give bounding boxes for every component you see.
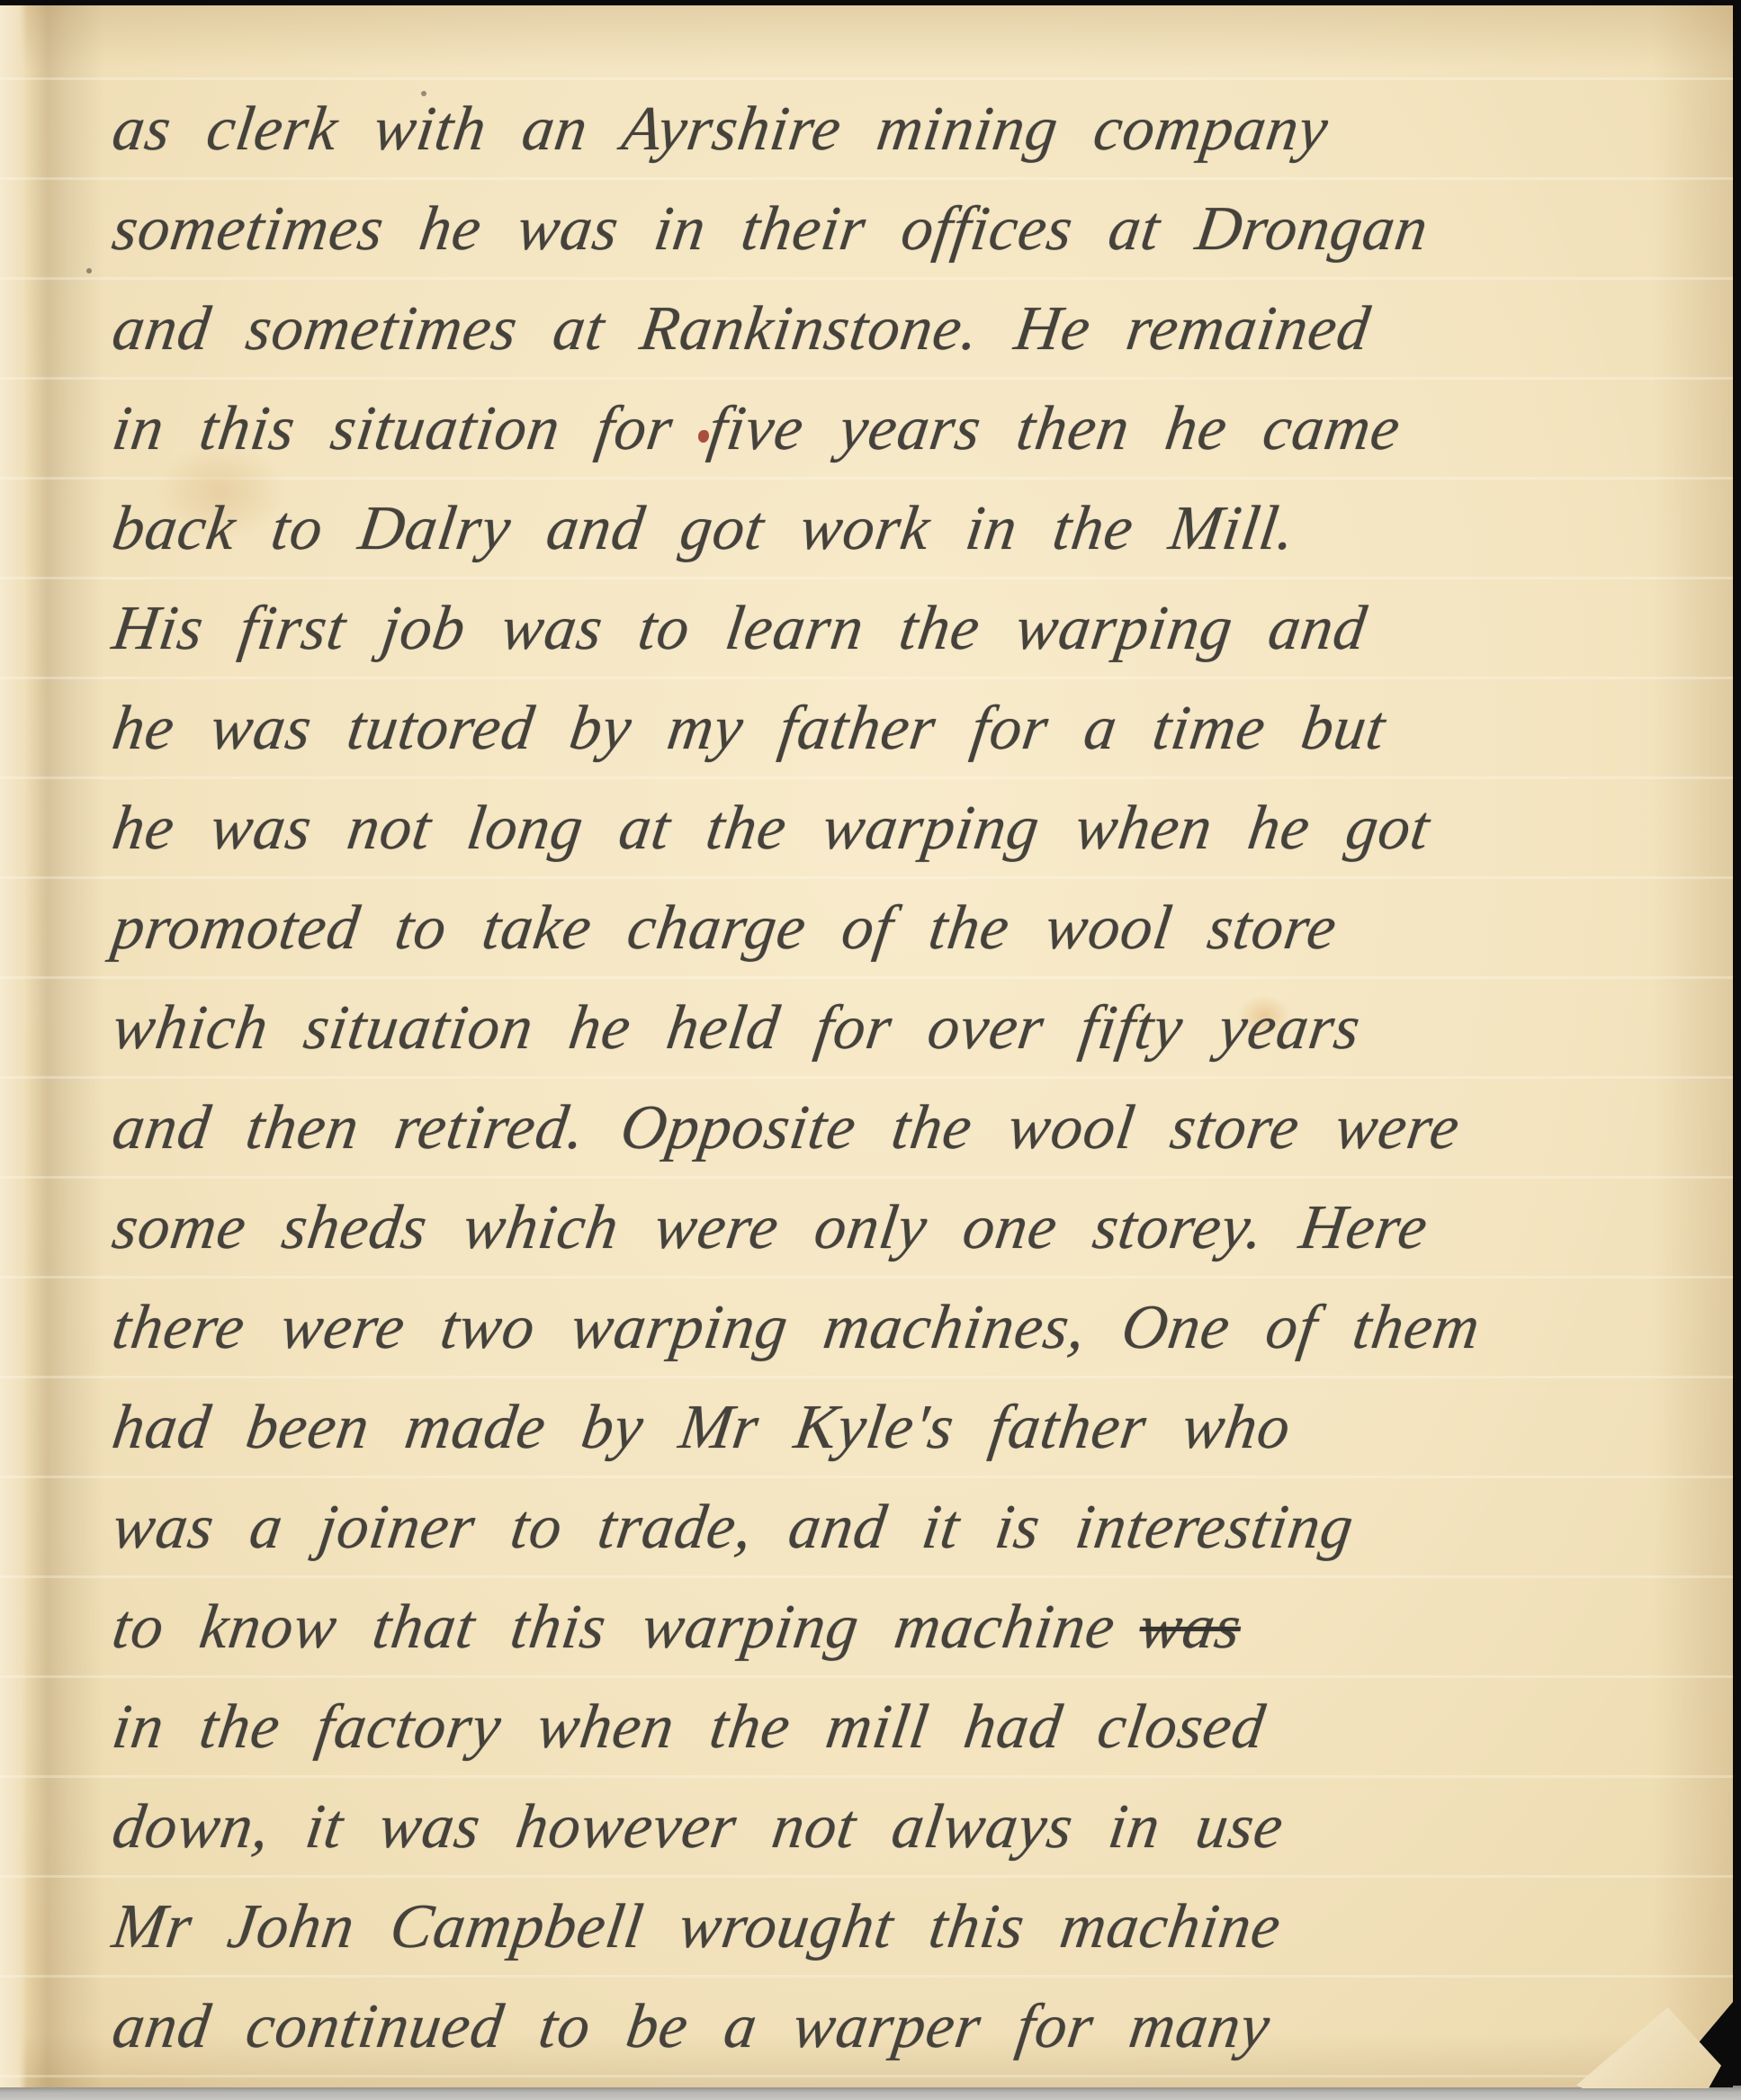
handwritten-line-10: which situation he held for over fifty y… xyxy=(106,978,1693,1078)
handwritten-line-20: and continued to be a warper for many xyxy=(106,1977,1693,2077)
handwritten-line-04: in this situation for five years then he… xyxy=(106,379,1693,479)
handwritten-line-13: there were two warping machines, One of … xyxy=(106,1278,1693,1378)
handwritten-line-03: and sometimes at Rankinstone. He remaine… xyxy=(106,279,1693,379)
handwritten-line-11: and then retired. Opposite the wool stor… xyxy=(106,1078,1693,1178)
handwritten-line-02: sometimes he was in their offices at Dro… xyxy=(106,179,1693,279)
struck-through-word: was xyxy=(1135,1593,1246,1662)
handwritten-line-06: His first job was to learn the warping a… xyxy=(106,579,1693,678)
binding-crease xyxy=(23,5,104,2087)
handwritten-line-09: promoted to take charge of the wool stor… xyxy=(106,878,1693,978)
notebook-page: as clerk with an Ayrshire mining company… xyxy=(0,5,1733,2087)
paper-speck xyxy=(86,268,92,274)
handwritten-line-08: he was not long at the warping when he g… xyxy=(106,778,1693,878)
handwritten-line-14: had been made by Mr Kyle's father who xyxy=(106,1378,1693,1477)
handwritten-line-18: down, it was however not always in use xyxy=(106,1777,1693,1877)
scanned-page: as clerk with an Ayrshire mining company… xyxy=(0,0,1741,2100)
handwritten-line-16-text: to know that this warping machine xyxy=(108,1593,1119,1662)
handwritten-line-01: as clerk with an Ayrshire mining company xyxy=(106,79,1693,179)
handwritten-text: as clerk with an Ayrshire mining company… xyxy=(106,79,1679,2077)
handwritten-line-15: was a joiner to trade, and it is interes… xyxy=(106,1477,1693,1577)
scanner-surface-strip xyxy=(0,2086,1741,2100)
handwritten-line-05: back to Dalry and got work in the Mill. xyxy=(106,479,1693,579)
handwritten-line-16: to know that this warping machinewas xyxy=(106,1577,1693,1677)
handwritten-line-19: Mr John Campbell wrought this machine xyxy=(106,1877,1693,1977)
handwritten-line-12: some sheds which were only one storey. H… xyxy=(106,1178,1693,1278)
handwritten-line-17: in the factory when the mill had closed xyxy=(106,1677,1693,1777)
handwritten-line-07: he was tutored by my father for a time b… xyxy=(106,678,1693,778)
